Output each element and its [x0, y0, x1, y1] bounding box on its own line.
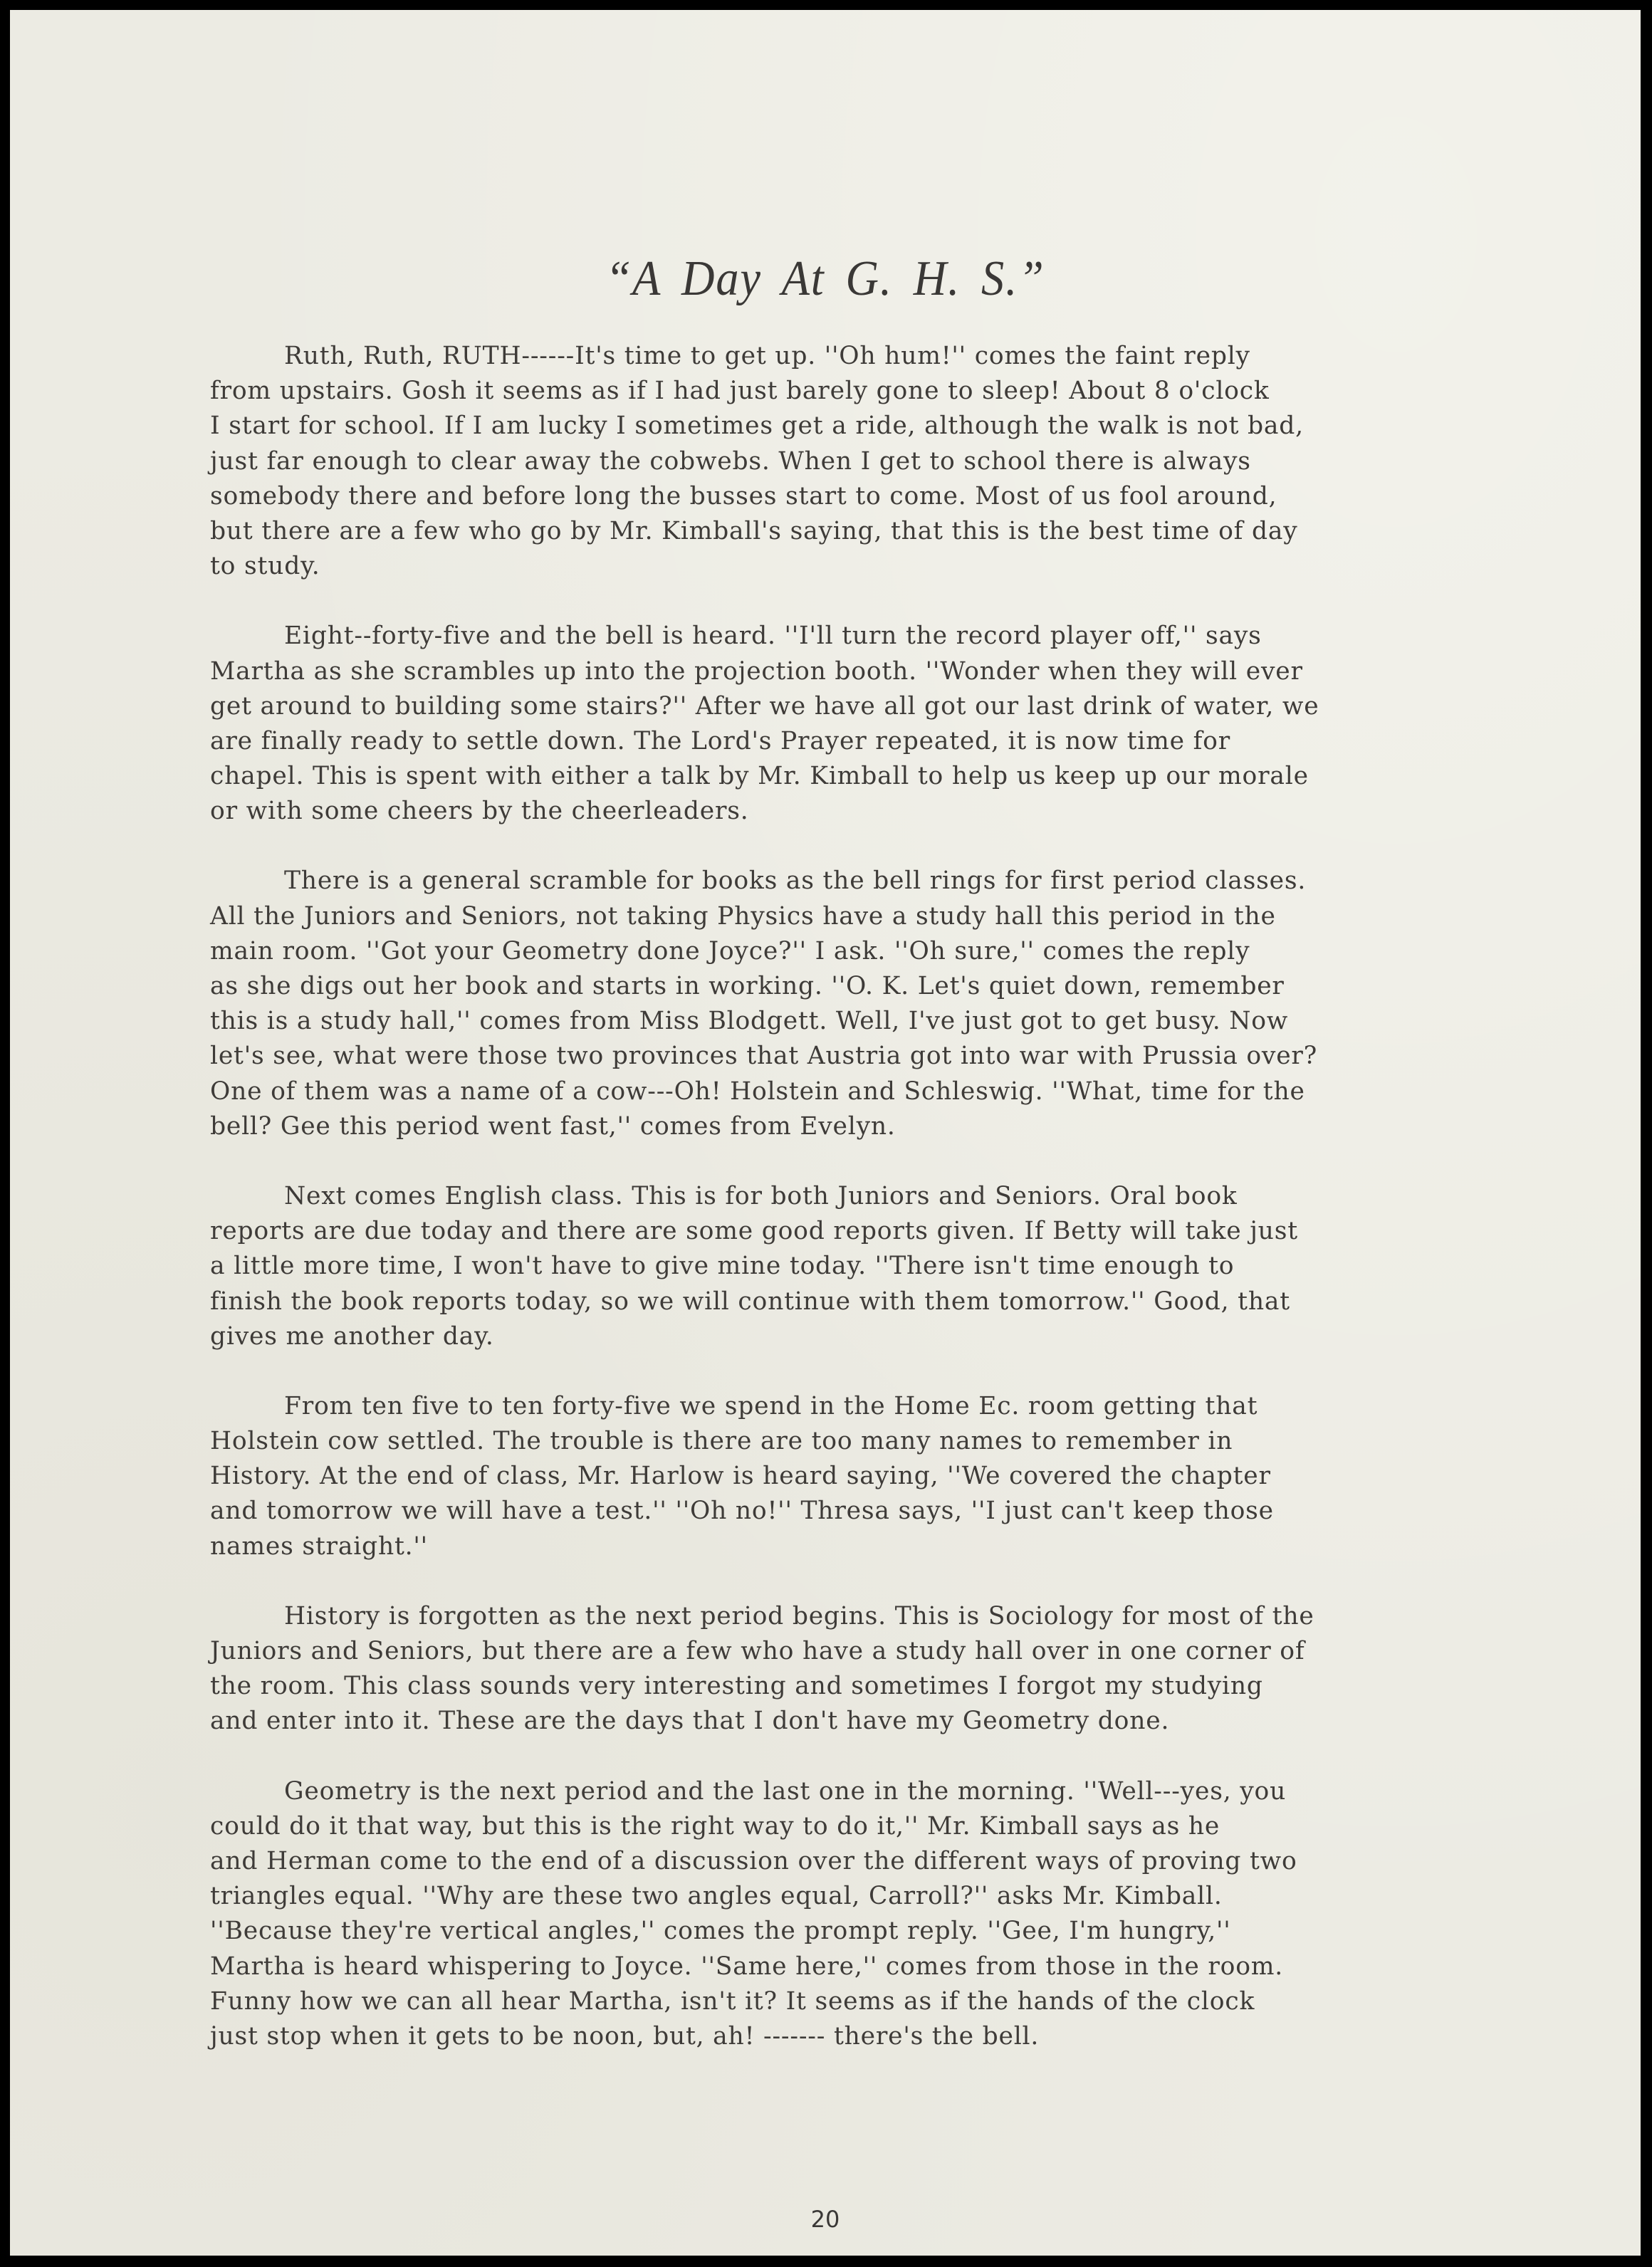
- text-line: chapel. This is spent with either a talk…: [210, 759, 1577, 794]
- text-line: are finally ready to settle down. The Lo…: [210, 724, 1577, 759]
- text-line: Funny how we can all hear Martha, isn't …: [210, 1984, 1577, 2019]
- text-line: ''Because they're vertical angles,'' com…: [210, 1914, 1577, 1949]
- text-line: or with some cheers by the cheerleaders.: [210, 794, 1577, 829]
- text-line: History is forgotten as the next period …: [210, 1599, 1577, 1634]
- page-title: “A Day At G. H. S.”: [75, 251, 1576, 308]
- text-line: from upstairs. Gosh it seems as if I had…: [210, 374, 1577, 409]
- paragraph: There is a general scramble for books as…: [210, 864, 1577, 1144]
- text-line: Next comes English class. This is for bo…: [210, 1179, 1577, 1214]
- text-line: a little more time, I won't have to give…: [210, 1249, 1577, 1284]
- text-line: and tomorrow we will have a test.'' ''Oh…: [210, 1494, 1577, 1529]
- text-line: but there are a few who go by Mr. Kimbal…: [210, 514, 1577, 549]
- text-line: reports are due today and there are some…: [210, 1214, 1577, 1249]
- text-line: and enter into it. These are the days th…: [210, 1704, 1577, 1739]
- text-line: the room. This class sounds very interes…: [210, 1669, 1577, 1704]
- text-line: Ruth, Ruth, RUTH------It's time to get u…: [210, 339, 1577, 374]
- text-line: could do it that way, but this is the ri…: [210, 1809, 1577, 1844]
- text-line: just far enough to clear away the cobweb…: [210, 444, 1577, 479]
- text-line: get around to building some stairs?'' Af…: [210, 689, 1577, 724]
- text-line: finish the book reports today, so we wil…: [210, 1284, 1577, 1319]
- paragraph: Next comes English class. This is for bo…: [210, 1179, 1577, 1354]
- text-line: Martha is heard whispering to Joyce. ''S…: [210, 1949, 1577, 1984]
- article-body: Ruth, Ruth, RUTH------It's time to get u…: [210, 339, 1577, 2089]
- text-line: to study.: [210, 549, 1577, 584]
- text-line: names straight.'': [210, 1529, 1577, 1564]
- text-line: this is a study hall,'' comes from Miss …: [210, 1004, 1577, 1039]
- text-line: Geometry is the next period and the last…: [210, 1774, 1577, 1809]
- text-line: triangles equal. ''Why are these two ang…: [210, 1879, 1577, 1914]
- text-line: I start for school. If I am lucky I some…: [210, 409, 1577, 444]
- text-line: let's see, what were those two provinces…: [210, 1039, 1577, 1074]
- text-line: Martha as she scrambles up into the proj…: [210, 654, 1577, 689]
- paragraph: Eight--forty-five and the bell is heard.…: [210, 619, 1577, 829]
- text-line: bell? Gee this period went fast,'' comes…: [210, 1109, 1577, 1144]
- text-line: Holstein cow settled. The trouble is the…: [210, 1424, 1577, 1459]
- text-line: From ten five to ten forty-five we spend…: [210, 1389, 1577, 1424]
- text-line: somebody there and before long the busse…: [210, 479, 1577, 514]
- text-line: as she digs out her book and starts in w…: [210, 969, 1577, 1004]
- text-line: and Herman come to the end of a discussi…: [210, 1844, 1577, 1879]
- paragraph: Ruth, Ruth, RUTH------It's time to get u…: [210, 339, 1577, 584]
- text-line: Juniors and Seniors, but there are a few…: [210, 1634, 1577, 1669]
- text-line: Eight--forty-five and the bell is heard.…: [210, 619, 1577, 654]
- text-line: History. At the end of class, Mr. Harlow…: [210, 1459, 1577, 1494]
- page-number: 20: [10, 2206, 1641, 2233]
- paragraph: Geometry is the next period and the last…: [210, 1774, 1577, 2055]
- text-line: One of them was a name of a cow---Oh! Ho…: [210, 1074, 1577, 1109]
- text-line: gives me another day.: [210, 1319, 1577, 1354]
- text-line: main room. ''Got your Geometry done Joyc…: [210, 934, 1577, 969]
- document-page: “A Day At G. H. S.” Ruth, Ruth, RUTH----…: [10, 10, 1641, 2256]
- paragraph: From ten five to ten forty-five we spend…: [210, 1389, 1577, 1564]
- text-line: All the Juniors and Seniors, not taking …: [210, 899, 1577, 934]
- text-line: just stop when it gets to be noon, but, …: [210, 2019, 1577, 2054]
- text-line: There is a general scramble for books as…: [210, 864, 1577, 899]
- paragraph: History is forgotten as the next period …: [210, 1599, 1577, 1739]
